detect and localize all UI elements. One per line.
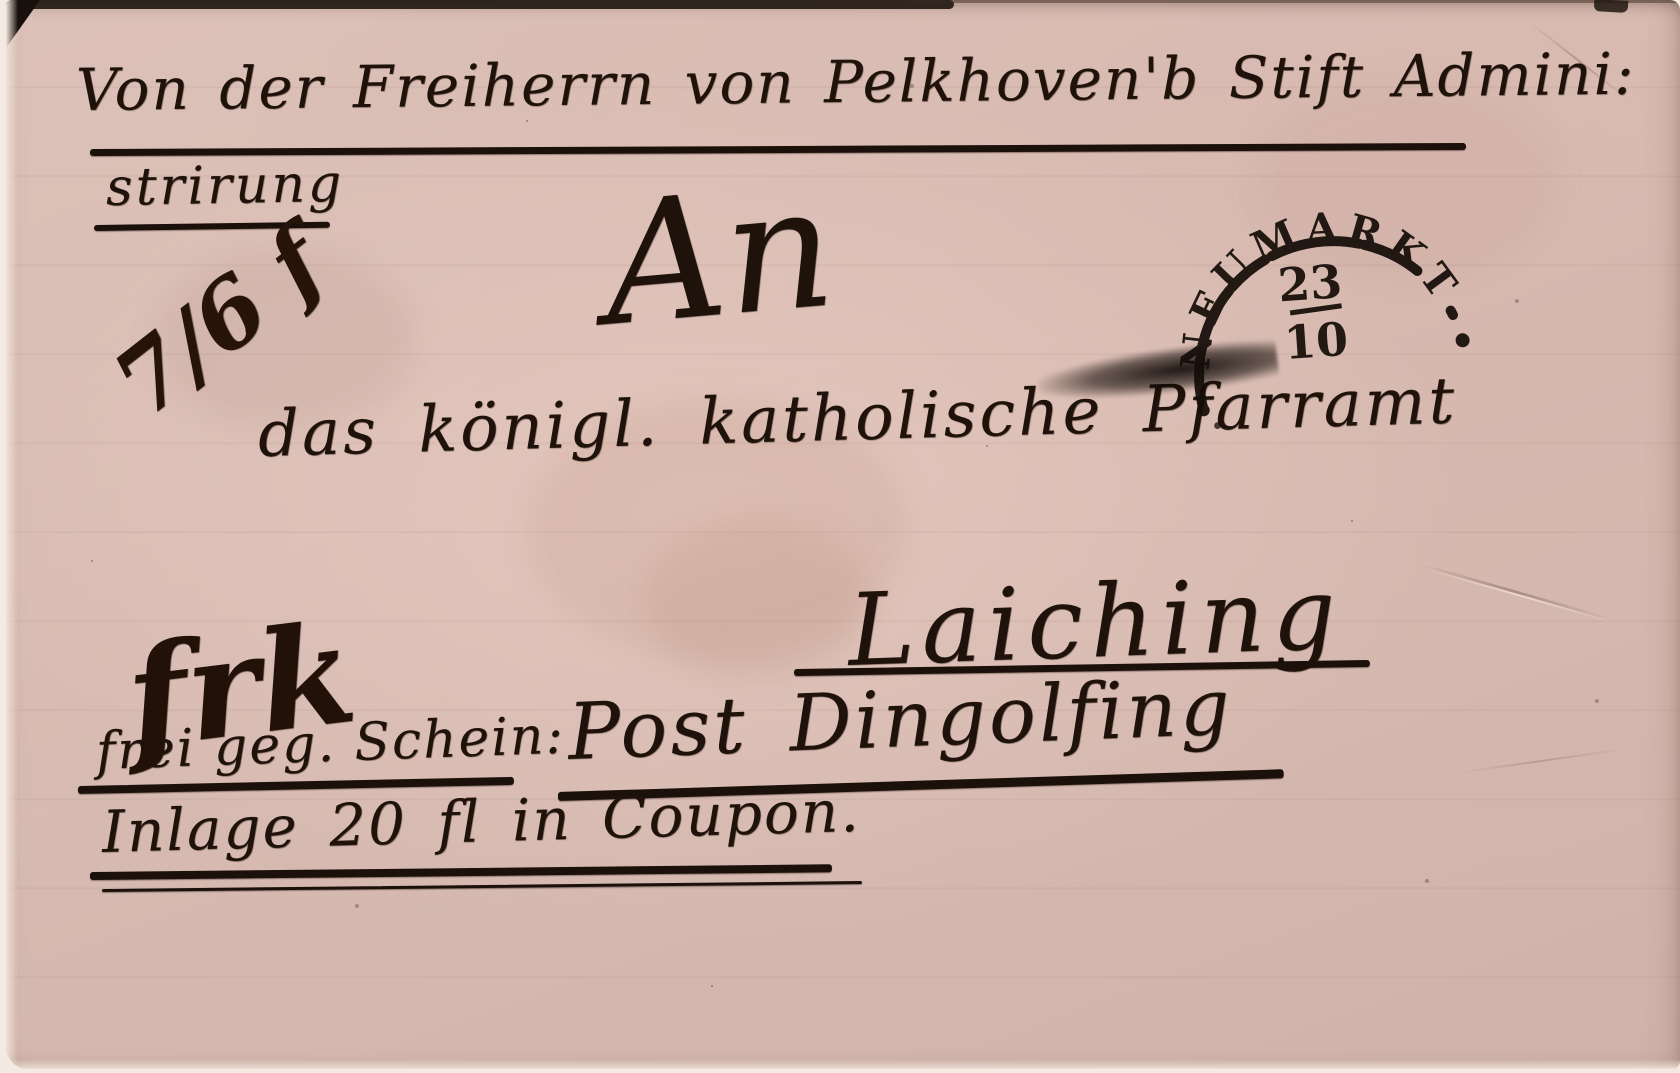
paper-edge-top (6, 0, 954, 9)
paper-stain (646, 520, 866, 680)
paper-edge-top-right (906, 0, 1680, 3)
postmark-ink-dot (1213, 421, 1221, 429)
envelope-paper: Von der Freiherrn von Pelkhoven'b Stift … (6, 0, 1680, 1069)
scanned-postal-cover: { "paper": { "base_color": "#d9beb4", "i… (0, 0, 1680, 1073)
sender-line-2: strirung (105, 154, 344, 218)
paper-crease (1417, 562, 1610, 620)
underline-stroke-enclosure-1 (90, 864, 832, 880)
sender-line-1: Von der Freiherrn von Pelkhoven'b Stift … (76, 40, 1636, 124)
paper-crease (1457, 748, 1626, 774)
paper-crease-highlight (1422, 566, 1615, 623)
salutation-an: An (595, 148, 841, 363)
routing-note-right: Post Dingolfing (566, 663, 1234, 778)
postmark-date: 23 10 (1276, 254, 1350, 370)
paper-corner-mark-top-right (1594, 0, 1629, 13)
postmark-ink-blob (1454, 332, 1471, 349)
paper-edge-left (6, 0, 18, 1069)
paper-edge-bottom (6, 1059, 1680, 1069)
postmark-day: 23 (1276, 254, 1344, 312)
underline-stroke-enclosure-2 (102, 881, 862, 892)
postmark-month: 10 (1282, 312, 1350, 370)
